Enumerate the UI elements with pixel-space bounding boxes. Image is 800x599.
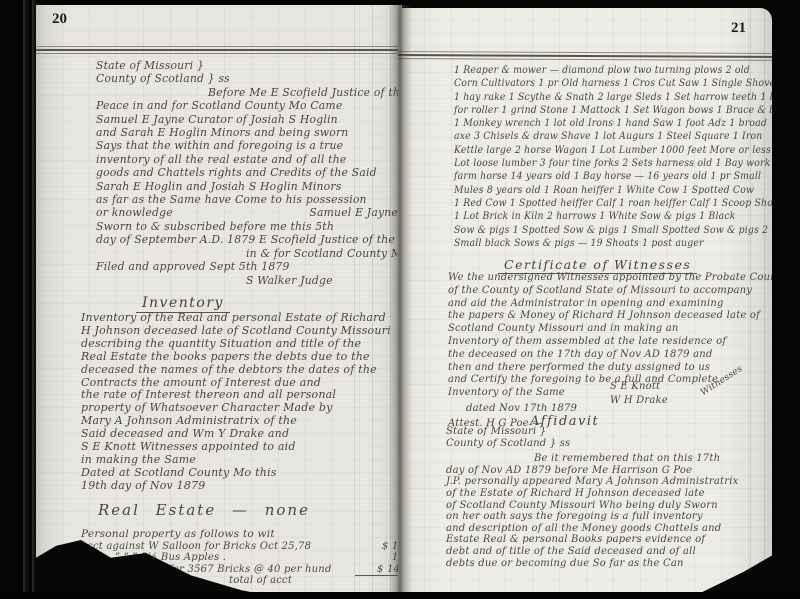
certificate-of-witnesses: We the undersigned Witnesses appointed b… bbox=[448, 272, 766, 431]
page-21: 21 1 Reaper & mower — diamond plow two t… bbox=[398, 8, 772, 592]
item-line: 1 Reaper & mower — diamond plow two turn… bbox=[454, 64, 761, 77]
inventory-line: describing the quantity Situation and ti… bbox=[81, 338, 401, 351]
certificate-line: Inventory of them assembled at the late … bbox=[448, 336, 766, 349]
account-total-amount: 16 74 bbox=[355, 575, 402, 588]
item-line: 1 hay rake 1 Scythe & Snath 2 large Sled… bbox=[454, 91, 761, 104]
affidavit-line: of Scotland County Missouri Who being du… bbox=[446, 500, 761, 512]
item-line: Corn Cultivators 1 pr Old harness 1 Cros… bbox=[454, 77, 761, 90]
affidavit-line: Estate Real & personal Books papers evid… bbox=[446, 534, 761, 546]
page-20: 20 State of Missouri } County of Scotlan… bbox=[36, 5, 402, 595]
affidavit-venue-line: State of Missouri } bbox=[446, 426, 761, 438]
header-rule-line bbox=[36, 49, 402, 51]
certificate-line: Scotland County Missouri and in making a… bbox=[448, 323, 766, 336]
certificate-line: the deceased on the 17th day of Nov AD 1… bbox=[448, 349, 766, 362]
affidavit-line: on her oath says the foregoing is a full… bbox=[446, 511, 761, 523]
affidavit-line: day of Nov AD 1879 before Me Harrison G … bbox=[446, 465, 761, 477]
affidavit-line: Be it remembered that on this 17th bbox=[446, 453, 761, 465]
header-rule-line bbox=[36, 46, 402, 47]
jurat-line: Before Me E Scofield Justice of the bbox=[96, 86, 398, 99]
bottom-scan-border bbox=[0, 592, 800, 599]
certificate-line: and aid the Administrator in opening and… bbox=[448, 298, 766, 311]
certificate-line: the papers & Money of Richard H Johnson … bbox=[448, 310, 766, 323]
inventory-line: 19th day of Nov 1879 bbox=[81, 480, 401, 493]
item-line: 1 Monkey wrench 1 lot old Irons 1 hand S… bbox=[454, 117, 761, 130]
item-line: 1 Lot Brick in Kiln 2 harrows 1 White So… bbox=[454, 210, 761, 223]
affidavit-venue-line: County of Scotland } ss bbox=[446, 438, 761, 450]
jurat-line: in & for Scotland County Mo bbox=[96, 247, 398, 260]
account-amount: 1 00 bbox=[355, 552, 402, 564]
jurat-line: and Sarah E Hoglin Minors and being swor… bbox=[96, 126, 398, 139]
affidavit-line: J.P. personally appeared Mary A Johnson … bbox=[446, 476, 761, 488]
item-line: Small black Sows & pigs — 19 Shoats 1 po… bbox=[454, 237, 761, 250]
item-line: farm horse 14 years old 1 Bay horse — 16… bbox=[454, 170, 761, 183]
jurat-line: goods and Chattels rights and Credits of… bbox=[96, 166, 398, 179]
inventory-line: Inventory of the Real and personal Estat… bbox=[81, 312, 401, 325]
jurat-line: Samuel E Jayne Curator of Josiah S Hogli… bbox=[96, 113, 398, 126]
certificate-line: of the County of Scotland State of Misso… bbox=[448, 285, 766, 298]
account-row: acct against W Salloon for Bricks Oct 25… bbox=[81, 541, 402, 553]
page-number: 21 bbox=[731, 20, 746, 37]
jurat-line: County of Scotland } ss bbox=[96, 72, 398, 85]
item-line: axe 3 Chisels & draw Shave 1 lot Augurs … bbox=[454, 130, 761, 143]
jurat-line: Sworn to & subscribed before me this 5th bbox=[96, 220, 398, 233]
certificate-heading: Certificate of Witnesses bbox=[498, 254, 697, 274]
affidavit-line: of the Estate of Richard H Johnson decea… bbox=[446, 488, 761, 500]
affidavit-body: State of Missouri } County of Scotland }… bbox=[446, 426, 761, 569]
jurat-line: Peace in and for Scotland County Mo Came bbox=[96, 99, 398, 112]
witness-signature: S E Knott bbox=[610, 380, 668, 394]
page-number: 20 bbox=[52, 11, 67, 28]
real-estate-line: Real Estate — none bbox=[98, 501, 310, 519]
jurat-line: Says that the within and foregoing is a … bbox=[96, 139, 398, 152]
jurat-line: or knowledge bbox=[96, 206, 173, 219]
jurat-line: inventory of all the real estate and of … bbox=[96, 153, 398, 166]
inventory-line: H Johnson deceased late of Scotland Coun… bbox=[81, 325, 401, 338]
witness-signatures: S E Knott W H Drake bbox=[610, 380, 668, 408]
jurat-line: as far as the Same have Come to his poss… bbox=[96, 193, 398, 206]
inventory-line: Dated at Scotland County Mo this bbox=[81, 467, 401, 480]
item-line: Lot loose lumber 3 four tine forks 2 Set… bbox=[454, 157, 761, 170]
jurat-signature-row: or knowledge Samuel E Jayne bbox=[96, 206, 398, 219]
header-rule-line bbox=[398, 58, 772, 61]
inventory-line: Real Estate the books papers the debts d… bbox=[81, 351, 401, 364]
affidavit-line: debts due or becoming due So far as the … bbox=[446, 558, 761, 570]
item-line: Kettle large 2 horse Wagon 1 Lot Lumber … bbox=[454, 144, 761, 157]
inventory-line: deceased the names of the debtors the da… bbox=[81, 364, 401, 377]
jurat-line: Sarah E Hoglin and Josiah S Hoglin Minor… bbox=[96, 180, 398, 193]
jurat-line: day of September A.D. 1879 E Scofield Ju… bbox=[96, 233, 398, 246]
certificate-line: We the undersigned Witnesses appointed b… bbox=[448, 272, 766, 285]
inventory-description: Inventory of the Real and personal Estat… bbox=[81, 312, 401, 493]
certificate-dated-line: dated Nov 17th 1879 bbox=[448, 403, 766, 416]
jurat-line: State of Missouri } bbox=[96, 59, 398, 72]
judge-signature: S Walker Judge bbox=[96, 274, 398, 287]
inventory-item-list: 1 Reaper & mower — diamond plow two turn… bbox=[454, 64, 761, 250]
item-line: 1 Red Cow 1 Spotted heiffer Calf 1 roan … bbox=[454, 197, 761, 210]
item-line: Sow & pigs 1 Spotted Sow & pigs 1 Small … bbox=[454, 224, 761, 237]
inventory-line: in making the Same bbox=[81, 454, 401, 467]
jurat-statement: State of Missouri } County of Scotland }… bbox=[96, 59, 398, 287]
account-amount: $ 1 40 bbox=[355, 541, 402, 553]
account-desc: acct against W Salloon for Bricks Oct 25… bbox=[81, 541, 355, 553]
item-line: Mules 8 years old 1 Roan heiffer 1 White… bbox=[454, 184, 761, 197]
filed-line: Filed and approved Sept 5th 1879 bbox=[96, 260, 398, 273]
certificate-line: then and there performed the duty assign… bbox=[448, 362, 766, 375]
header-rule-line bbox=[36, 53, 402, 54]
item-line: for roller 1 grind Stone 1 Mattock 1 Set… bbox=[454, 104, 761, 117]
affidavit-line: and description of all the Money goods C… bbox=[446, 523, 761, 535]
witness-signature: W H Drake bbox=[610, 394, 668, 408]
affidavit-line: debt and of title of the Said deceased a… bbox=[446, 546, 761, 558]
curator-signature: Samuel E Jayne bbox=[309, 206, 398, 219]
inventory-heading: Inventory bbox=[136, 292, 230, 313]
book-spine-edge bbox=[20, 0, 37, 599]
account-amount: $ 14 34 bbox=[355, 564, 402, 576]
personal-property-intro: Personal property as follows to wit bbox=[81, 529, 402, 541]
